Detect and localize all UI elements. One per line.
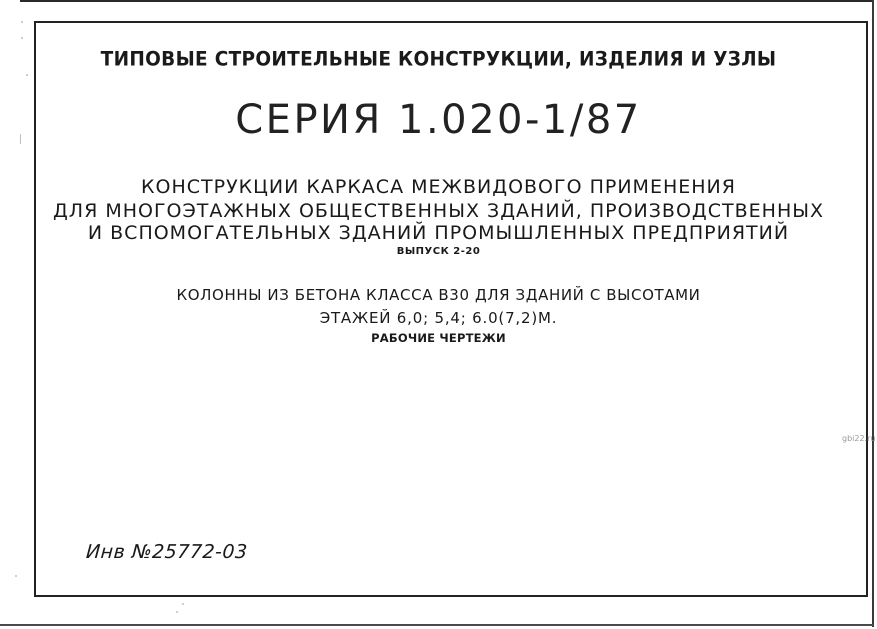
scan-speck bbox=[26, 74, 28, 76]
outer-frame-bottom-line bbox=[0, 624, 874, 626]
watermark: gbi22.ru bbox=[842, 434, 875, 443]
subtitle-line-1: КОЛОННЫ ИЗ БЕТОНА КЛАССА В30 ДЛЯ ЗДАНИЙ … bbox=[0, 286, 877, 304]
subtitle-line-2: ЭТАЖЕЙ 6,0; 5,4; 6.0(7,2)М. bbox=[0, 309, 877, 327]
scan-speck bbox=[21, 21, 23, 23]
document-title-line-1: КОНСТРУКЦИИ КАРКАСА МЕЖВИДОВОГО ПРИМЕНЕН… bbox=[0, 176, 877, 198]
issue-number: ВЫПУСК 2-20 bbox=[0, 246, 877, 257]
scan-speck bbox=[15, 575, 17, 577]
inventory-number: Инв №25772-03 bbox=[85, 541, 248, 563]
scan-speck bbox=[21, 37, 23, 39]
header-title: ТИПОВЫЕ СТРОИТЕЛЬНЫЕ КОНСТРУКЦИИ, ИЗДЕЛИ… bbox=[0, 48, 877, 70]
scan-speck bbox=[182, 603, 184, 605]
document-type: РАБОЧИЕ ЧЕРТЕЖИ bbox=[0, 331, 877, 345]
scan-speck bbox=[176, 611, 178, 613]
outer-frame-top-line bbox=[20, 0, 872, 2]
series-number: СЕРИЯ 1.020-1/87 bbox=[0, 97, 877, 143]
document-title-line-2: ДЛЯ МНОГОЭТАЖНЫХ ОБЩЕСТВЕННЫХ ЗДАНИЙ, ПР… bbox=[0, 200, 877, 222]
scan-speck bbox=[20, 134, 21, 144]
document-title-line-3: И ВСПОМОГАТЕЛЬНЫХ ЗДАНИЙ ПРОМЫШЛЕННЫХ ПР… bbox=[0, 222, 877, 244]
